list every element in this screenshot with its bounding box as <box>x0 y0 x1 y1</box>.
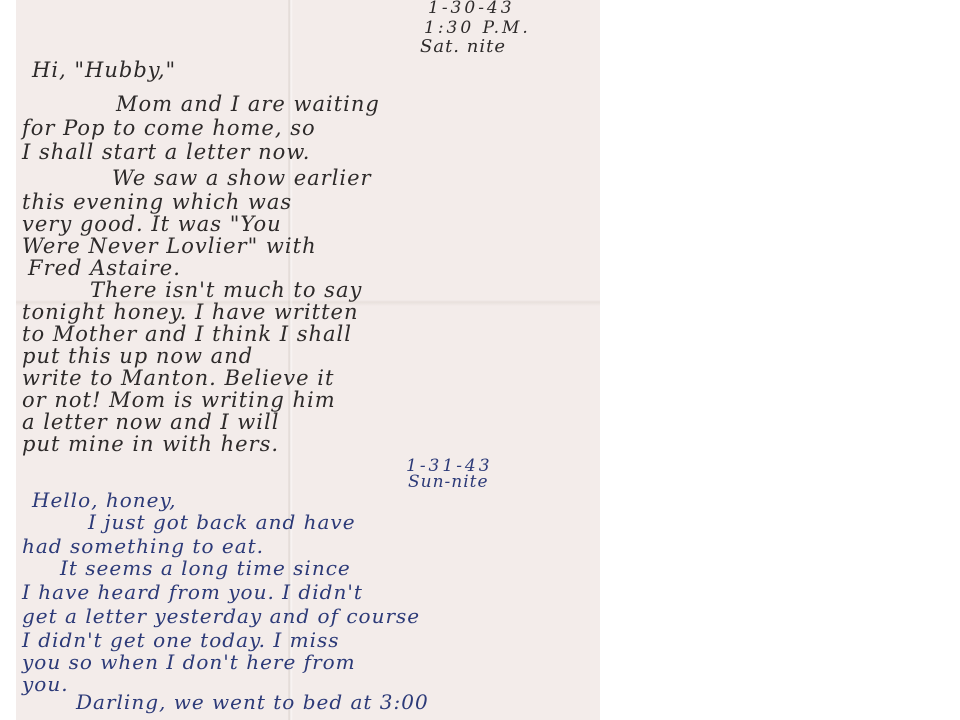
letter-line: There isn't much to say <box>90 278 362 302</box>
letter-line: a letter now and I will <box>22 410 279 434</box>
letter-line: you so when I don't here from <box>22 650 356 674</box>
letter-line: you. <box>22 672 69 696</box>
letter-line: write to Manton. Believe it <box>22 366 334 390</box>
letter-day-2: Sun-nite <box>408 472 489 492</box>
letter-time-1: 1:30 P.M. <box>424 18 531 38</box>
letter-line: for Pop to come home, so <box>22 116 316 140</box>
letter-line: I just got back and have <box>88 510 356 534</box>
letter-line: Darling, we went to bed at 3:00 <box>76 690 429 714</box>
letter-line: very good. It was "You <box>22 212 282 236</box>
letter-line: Mom and I are waiting <box>116 92 380 116</box>
letter-date-1: 1-30-43 <box>428 0 515 18</box>
letter-line: I have heard from you. I didn't <box>22 580 363 604</box>
letter-line: had something to eat. <box>22 534 264 558</box>
letter-greeting-1: Hi, "Hubby," <box>32 58 176 82</box>
letter-line: I didn't get one today. I miss <box>22 628 340 652</box>
letter-line: to Mother and I think I shall <box>22 322 352 346</box>
letter-line: or not! Mom is writing him <box>22 388 336 412</box>
letter-line: this evening which was <box>22 190 292 214</box>
letter-line: Fred Astaire. <box>28 256 181 280</box>
letter-line: put this up now and <box>22 344 253 368</box>
letter-line: It seems a long time since <box>60 556 351 580</box>
letter-line: tonight honey. I have written <box>22 300 359 324</box>
letter-line: We saw a show earlier <box>112 166 372 190</box>
letter-day-1: Sat. nite <box>420 36 506 57</box>
letter-greeting-2: Hello, honey, <box>32 488 176 512</box>
letter-line: I shall start a letter now. <box>22 140 310 164</box>
letter-line: put mine in with hers. <box>22 432 279 456</box>
letter-line: Were Never Lovlier" with <box>22 234 317 258</box>
letter-line: get a letter yesterday and of course <box>22 604 420 628</box>
handwritten-letter-page: 1-30-43 1:30 P.M. Sat. nite Hi, "Hubby,"… <box>16 0 600 720</box>
